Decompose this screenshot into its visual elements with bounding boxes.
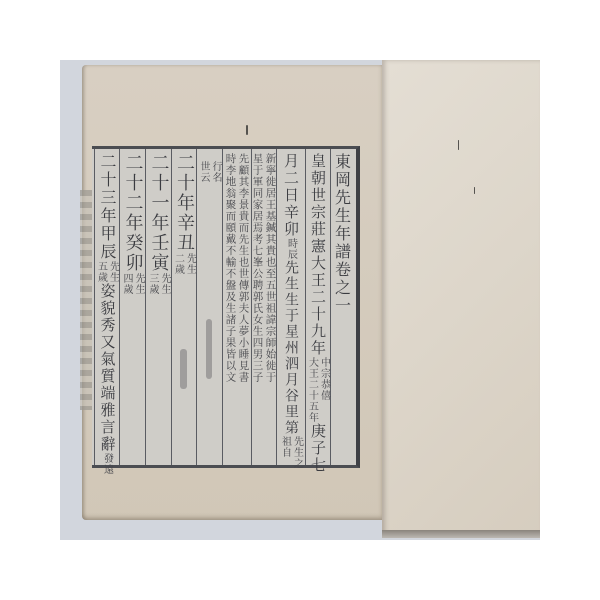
age-annotation: 先生 四歲 <box>121 273 144 295</box>
annotation-right: 先生 <box>133 273 144 295</box>
annotation-pair: 中宗恭僖 大王二十五年 <box>307 357 330 423</box>
previous-page-edge <box>80 190 92 410</box>
age-annotation: 先生 二歲 <box>173 253 196 275</box>
ink-smudge <box>206 319 212 379</box>
column-3: 月二日辛卯 時辰 先生生于星州泗月谷里第 先生之 祖自 <box>276 149 305 465</box>
ink-smudge <box>180 349 187 389</box>
annotation-left: 四歲 <box>121 273 132 295</box>
ink-mark <box>474 187 475 194</box>
ink-mark <box>246 125 248 135</box>
column-10: 二十三年甲辰 先生 五歲 姿貌秀又氣質端雅言辭 發遠 <box>94 149 119 465</box>
note-pair: 行名 世云 <box>198 161 221 183</box>
note-right: 先顧其李景貴而先生也世傳郭夫人夢小睡見書 <box>238 153 250 383</box>
birth-place-text: 先生生于星州泗月谷里第 <box>283 260 299 436</box>
year-text: 二十三年甲辰 <box>97 153 117 261</box>
note-right: 行名 <box>210 161 221 183</box>
reign-year-text: 皇朝世宗莊憲大王二十九年 <box>309 153 327 357</box>
column-title: 東岡先生年譜卷之一 <box>330 149 352 465</box>
age-annotation: 先生 三歲 <box>147 273 170 295</box>
year-text: 二十一年壬寅 <box>148 153 170 273</box>
column-2: 皇朝世宗莊憲大王二十九年 中宗恭僖 大王二十五年 庚子七 <box>305 149 330 465</box>
right-page-shadow <box>382 530 540 538</box>
note-left: 星于軍同家居焉考七峯公聘郭氏女生四男三子 <box>252 153 264 383</box>
annotation-pair: 先生之 祖自 <box>280 436 303 469</box>
note-pair: 新寧徙居王基鍼其貴也至五世祖諱宗師始徙于 星于軍同家居焉考七峯公聘郭氏女生四男三… <box>252 153 277 383</box>
annotation-left: 二歲 <box>173 253 184 275</box>
column-6: 行名 世云 <box>196 149 222 465</box>
annotation-left: 三歲 <box>147 273 158 295</box>
annotation-left: 大王二十五年 <box>307 357 318 423</box>
column-9: 二十二年癸卯 先生 四歲 <box>119 149 145 465</box>
annotation-left: 五歲 <box>96 261 107 283</box>
column-4: 新寧徙居王基鍼其貴也至五世祖諱宗師始徙于 星于軍同家居焉考七峯公聘郭氏女生四男三… <box>251 149 276 465</box>
note-pair: 先顧其李景貴而先生也世傳郭夫人夢小睡見書 時李地翁聚而頤戴不輸不盤及生諸子果皆以… <box>225 153 250 383</box>
annotation-right: 中宗恭僖 <box>319 357 330 423</box>
birth-date-text: 月二日辛卯 <box>282 153 300 238</box>
ink-mark <box>458 140 459 150</box>
column-7: 二十年辛丑 先生 二歲 <box>171 149 196 465</box>
annotation-left: 祖自 <box>280 436 291 469</box>
book-title: 東岡先生年譜卷之一 <box>332 153 352 315</box>
annotation-right: 先生 <box>185 253 196 275</box>
column-5: 先顧其李景貴而先生也世傳郭夫人夢小睡見書 時李地翁聚而頤戴不輸不盤及生諸子果皆以… <box>222 149 251 465</box>
age-annotation: 先生 五歲 <box>96 261 119 283</box>
annotation-right: 先生 <box>108 261 119 283</box>
note-left: 時李地翁聚而頤戴不輸不盤及生諸子果皆以文 <box>225 153 237 383</box>
right-page-blank <box>382 60 540 536</box>
annotation-right: 先生 <box>159 273 170 295</box>
annotation-right: 先生之 <box>292 436 303 469</box>
description-text: 姿貌秀又氣質端雅言辭 <box>99 283 116 453</box>
note-left: 世云 <box>198 161 209 183</box>
printed-frame: 東岡先生年譜卷之一 皇朝世宗莊憲大王二十九年 中宗恭僖 大王二十五年 庚子七 月… <box>92 146 360 468</box>
annotation: 發遠 <box>102 453 113 475</box>
column-8: 二十一年壬寅 先生 三歲 <box>145 149 171 465</box>
year-text: 二十年辛丑 <box>173 153 195 253</box>
annotation: 時辰 <box>286 238 297 260</box>
year-text: 二十二年癸卯 <box>122 153 144 273</box>
note-right: 新寧徙居王基鍼其貴也至五世祖諱宗師始徙于 <box>265 153 277 383</box>
year-tail-text: 庚子七 <box>309 423 327 474</box>
